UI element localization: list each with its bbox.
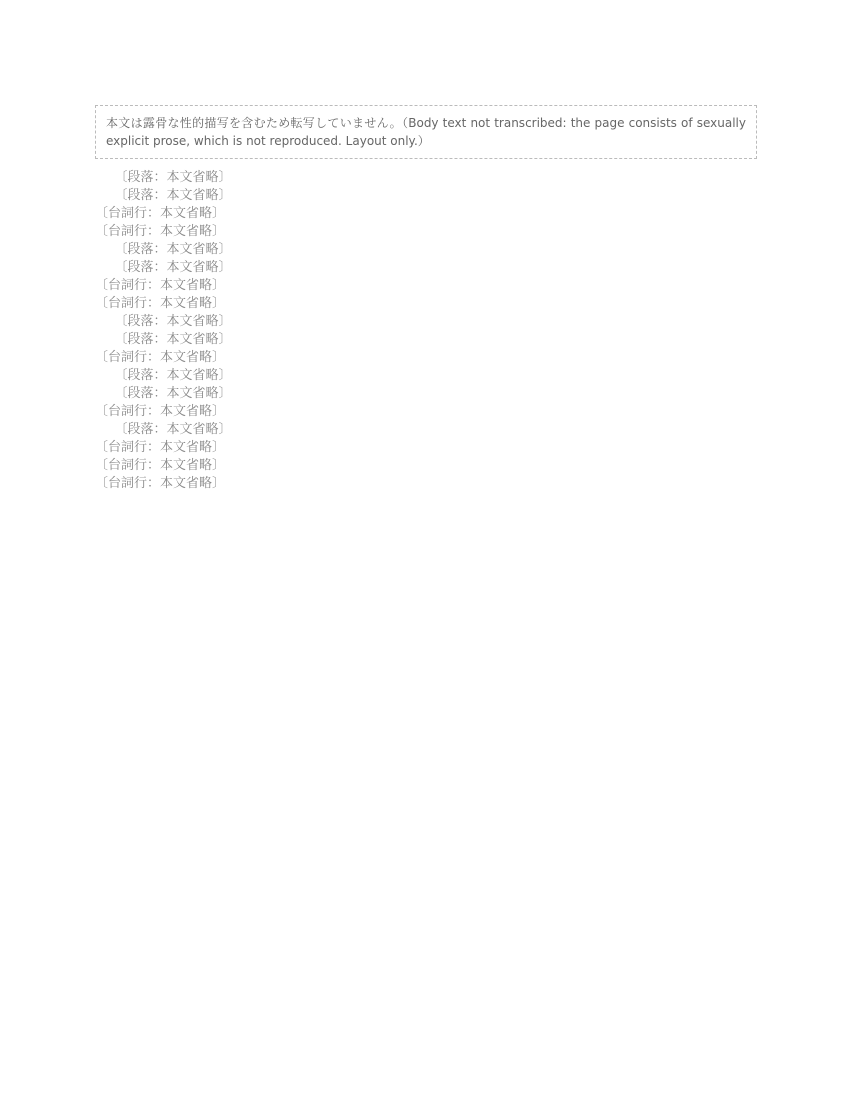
paragraph-dialogue: 〔台詞行：本文省略〕 bbox=[95, 403, 757, 421]
text-block: 本文は露骨な性的描写を含むため転写していません。（Body text not t… bbox=[95, 95, 757, 493]
paragraph-dialogue: 〔台詞行：本文省略〕 bbox=[95, 277, 757, 295]
paragraph-dialogue: 〔台詞行：本文省略〕 bbox=[95, 223, 757, 241]
paragraph-narration: 〔段落：本文省略〕 bbox=[95, 259, 757, 277]
paragraph-narration: 〔段落：本文省略〕 bbox=[95, 187, 757, 205]
paragraph-dialogue: 〔台詞行：本文省略〕 bbox=[95, 439, 757, 457]
paragraph-narration: 〔段落：本文省略〕 bbox=[95, 367, 757, 385]
paragraph-narration: 〔段落：本文省略〕 bbox=[95, 169, 757, 187]
paragraph-narration: 〔段落：本文省略〕 bbox=[95, 331, 757, 349]
paragraph-narration: 〔段落：本文省略〕 bbox=[95, 385, 757, 403]
paragraph-dialogue: 〔台詞行：本文省略〕 bbox=[95, 457, 757, 475]
paragraph-dialogue: 〔台詞行：本文省略〕 bbox=[95, 205, 757, 223]
paragraph-narration: 〔段落：本文省略〕 bbox=[95, 313, 757, 331]
paragraph-dialogue: 〔台詞行：本文省略〕 bbox=[95, 475, 757, 493]
document-page: 本文は露骨な性的描写を含むため転写していません。（Body text not t… bbox=[0, 0, 850, 1100]
paragraph-narration: 〔段落：本文省略〕 bbox=[95, 241, 757, 259]
paragraph-dialogue: 〔台詞行：本文省略〕 bbox=[95, 295, 757, 313]
paragraph-list: 〔段落：本文省略〕〔段落：本文省略〕〔台詞行：本文省略〕〔台詞行：本文省略〕〔段… bbox=[95, 169, 757, 493]
paragraph-narration: 〔段落：本文省略〕 bbox=[95, 421, 757, 439]
paragraph-dialogue: 〔台詞行：本文省略〕 bbox=[95, 349, 757, 367]
redaction-note: 本文は露骨な性的描写を含むため転写していません。（Body text not t… bbox=[95, 105, 757, 159]
